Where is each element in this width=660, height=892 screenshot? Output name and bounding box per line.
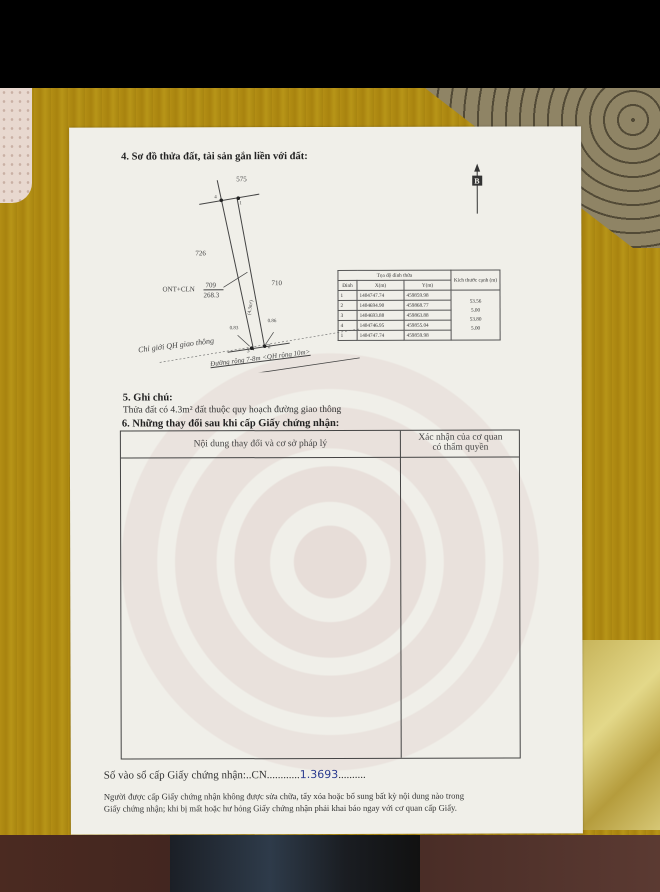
neighbor-575: 575 — [236, 175, 247, 183]
col-confirm-header: Xác nhận của cơ quan có thẩm quyền — [402, 432, 519, 452]
col-confirm-line2: có thẩm quyền — [402, 442, 519, 452]
vertex-2: 2 — [268, 344, 271, 350]
section-5-title: 5. Ghi chú: — [123, 392, 173, 403]
parcel-area: 268.3 — [204, 291, 220, 299]
vertex-4: 4 — [214, 195, 217, 200]
warning-line-2: Giấy chứng nhận; khi bị mất hoặc hư hỏng… — [104, 803, 457, 814]
parcel-number: 709 — [205, 281, 216, 289]
distance-3-4: 53.80 — [454, 315, 498, 324]
neighbor-726: 726 — [195, 249, 206, 257]
changes-table: Nội dung thay đổi và cơ sở pháp lý Xác n… — [120, 429, 521, 759]
col-x: X(m) — [357, 280, 404, 290]
section-6-title: 6. Những thay đổi sau khi cấp Giấy chứng… — [122, 418, 339, 430]
person-legs-background — [170, 835, 420, 892]
coord-group-header: Tọa độ đỉnh thửa — [338, 270, 451, 280]
north-label: B — [474, 177, 479, 186]
offset-left: 0.83 — [230, 326, 239, 331]
col-content-header: Nội dung thay đổi và cơ sở pháp lý — [121, 439, 400, 450]
slipper-background — [0, 88, 32, 203]
registry-number-handwritten: 1.3693 — [300, 768, 339, 781]
section-4-title: 4. Sơ đồ thửa đất, tài sản gắn liền với … — [121, 151, 308, 162]
registry-label: Số vào sổ cấp Giấy chứng nhận:..CN — [104, 769, 267, 781]
table-row: 1 1404747.74 459859.98 53.56 5.00 53.80 … — [338, 290, 500, 300]
parcel-land-use: ONT+CLN — [162, 285, 194, 293]
vertex-3: 3 — [247, 348, 250, 354]
black-top-bar — [0, 0, 660, 88]
gold-foil-background — [582, 640, 660, 830]
neighbor-710: 710 — [271, 279, 282, 287]
section-5-note: Thửa đất có 4.3m² đất thuộc quy hoạch đư… — [123, 405, 341, 416]
col-y: Y(m) — [404, 280, 451, 290]
distance-header: Kích thước cạnh (m) — [451, 270, 500, 290]
col-point: Đỉnh — [338, 280, 357, 290]
distance-2-3: 5.00 — [454, 306, 498, 315]
coordinate-table: Tọa độ đỉnh thửa Kích thước cạnh (m) Đỉn… — [337, 270, 500, 341]
certificate-page: 4. Sơ đồ thửa đất, tài sản gắn liền với … — [69, 126, 583, 834]
registry-number-line: Số vào sổ cấp Giấy chứng nhận:..CN......… — [104, 768, 366, 782]
distance-1-2: 53.56 — [454, 297, 498, 306]
vertex-1: 1 — [239, 201, 242, 206]
warning-line-1: Người được cấp Giấy chứng nhận không đượ… — [104, 791, 464, 802]
col-confirm-line1: Xác nhận của cơ quan — [402, 432, 519, 442]
distance-4-1: 5.00 — [454, 324, 498, 333]
north-arrow-icon — [467, 162, 487, 217]
offset-right: 0.86 — [268, 319, 277, 324]
